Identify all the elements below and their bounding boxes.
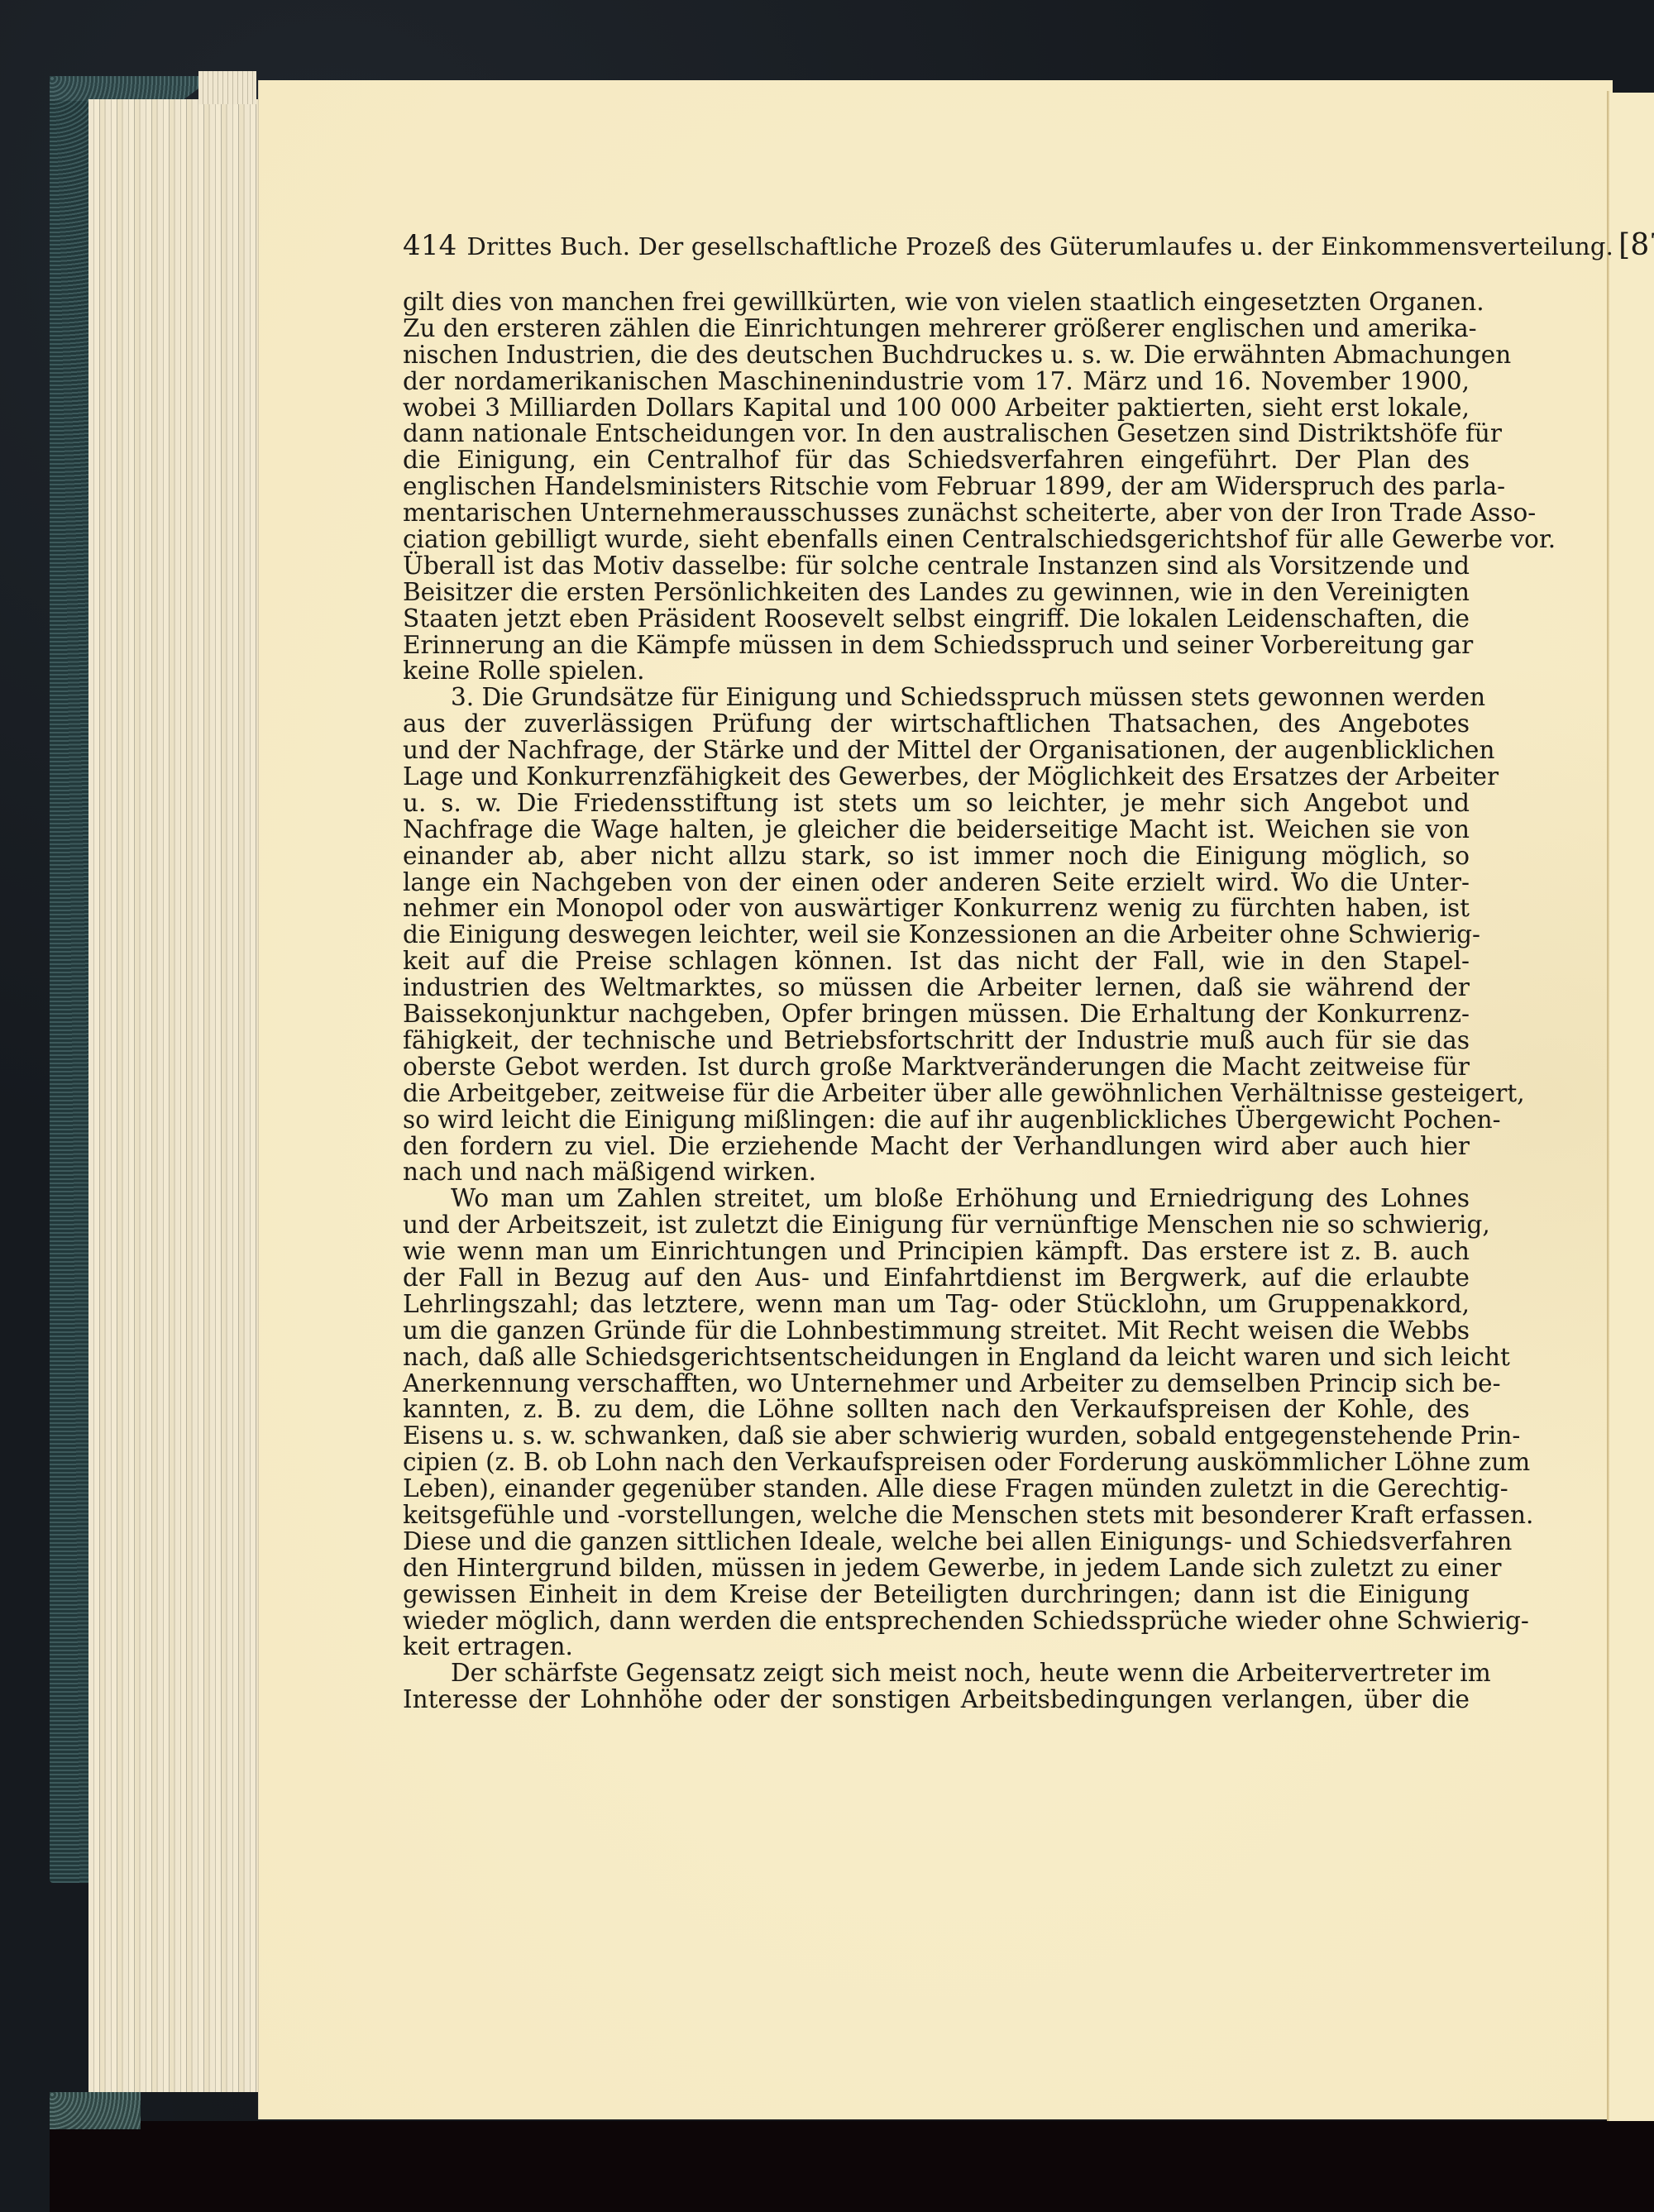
text-line: oberste Gebot werden. Ist durch große Ma… [403, 1054, 1470, 1081]
text-line: Überall ist das Motiv dasselbe: für solc… [403, 553, 1470, 580]
running-title: Drittes Buch. Der gesellschaftliche Proz… [467, 232, 1614, 260]
text-line: keitsgefühle und -vorstellungen, welche … [403, 1503, 1470, 1529]
page-number: 414 [403, 229, 457, 262]
page-edges-stack [88, 99, 258, 2092]
text-line: Wo man um Zahlen streitet, um bloße Erhö… [403, 1186, 1470, 1212]
text-line: Beisitzer die ersten Persönlichkeiten de… [403, 580, 1470, 606]
text-line: ciation gebilligt wurde, sieht ebenfalls… [403, 527, 1470, 553]
body-text: gilt dies von manchen frei gewillkürten,… [403, 289, 1470, 1713]
text-line: gewissen Einheit in dem Kreise der Betei… [403, 1582, 1470, 1608]
text-line: wobei 3 Milliarden Dollars Kapital und 1… [403, 395, 1470, 422]
text-line: Lehrlingszahl; das letztere, wenn man um… [403, 1292, 1470, 1318]
text-line: Lage und Konkurrenzfähigkeit des Gewerbe… [403, 764, 1470, 791]
page-edges-upper [198, 71, 256, 104]
text-line: Der schärfste Gegensatz zeigt sich meist… [403, 1660, 1470, 1687]
text-line: 3. Die Grundsätze für Einigung und Schie… [403, 685, 1470, 711]
text-line: Leben), einander gegenüber standen. Alle… [403, 1476, 1470, 1503]
text-line: die Einigung deswegen leichter, weil sie… [403, 922, 1470, 948]
text-line: u. s. w. Die Friedensstiftung ist stets … [403, 791, 1470, 817]
text-line: englischen Handelsministers Ritschie vom… [403, 474, 1470, 500]
text-line: Nachfrage die Wage halten, je gleicher d… [403, 817, 1470, 843]
text-line: den fordern zu viel. Die erziehende Mach… [403, 1134, 1470, 1160]
text-line: industrien des Weltmarktes, so müssen di… [403, 975, 1470, 1001]
text-line: den Hintergrund bilden, müssen in jedem … [403, 1555, 1470, 1582]
running-header: 414 Drittes Buch. Der gesellschaftliche … [403, 228, 1474, 270]
text-line: wie wenn man um Einrichtungen und Princi… [403, 1239, 1470, 1265]
text-line: die Arbeitgeber, zeitweise für die Arbei… [403, 1081, 1470, 1107]
text-line: Erinnerung an die Kämpfe müssen in dem S… [403, 633, 1470, 659]
text-line: wieder möglich, dann werden die entsprec… [403, 1608, 1470, 1635]
text-line: nach und nach mäßigend wirken. [403, 1159, 1470, 1186]
text-line: aus der zuverlässigen Prüfung der wirtsc… [403, 711, 1470, 738]
text-line: nischen Industrien, die des deutschen Bu… [403, 342, 1470, 369]
text-line: mentarischen Unternehmerausschusses zunä… [403, 500, 1470, 527]
scan-shadow [50, 2121, 1654, 2212]
text-line: der Fall in Bezug auf den Aus- und Einfa… [403, 1265, 1470, 1292]
text-line: Zu den ersteren zählen die Einrichtungen… [403, 316, 1470, 342]
text-line: Diese und die ganzen sittlichen Ideale, … [403, 1529, 1470, 1555]
text-line: Eisens u. s. w. schwanken, daß sie aber … [403, 1423, 1470, 1450]
text-line: und der Nachfrage, der Stärke und der Mi… [403, 738, 1470, 764]
text-line: einander ab, aber nicht allzu stark, so … [403, 843, 1470, 870]
text-line: Interesse der Lohnhöhe oder der sonstige… [403, 1687, 1470, 1713]
text-line: keit ertragen. [403, 1634, 1470, 1660]
text-line: keit auf die Preise schlagen können. Ist… [403, 948, 1470, 975]
text-line: Anerkennung verschafften, wo Unternehmer… [403, 1371, 1470, 1397]
text-line: nach, daß alle Schiedsgerichtsentscheidu… [403, 1345, 1470, 1371]
text-line: kannten, z. B. zu dem, die Löhne sollten… [403, 1397, 1470, 1423]
text-line: nehmer ein Monopol oder von auswärtiger … [403, 896, 1470, 922]
text-line: die Einigung, ein Centralhof für das Sch… [403, 447, 1470, 474]
text-line: Staaten jetzt eben Präsident Roosevelt s… [403, 606, 1470, 633]
text-line: lange ein Nachgeben von der einen oder a… [403, 870, 1470, 896]
text-line: gilt dies von manchen frei gewillkürten,… [403, 289, 1470, 316]
text-line: cipien (z. B. ob Lohn nach den Verkaufsp… [403, 1450, 1470, 1476]
text-line: Baissekonjunktur nachgeben, Opfer bringe… [403, 1001, 1470, 1028]
text-line: um die ganzen Gründe für die Lohnbestimm… [403, 1318, 1470, 1345]
text-line: keine Rolle spielen. [403, 658, 1470, 685]
text-line: dann nationale Entscheidungen vor. In de… [403, 421, 1470, 447]
text-line: der nordamerikanischen Maschinenindustri… [403, 369, 1470, 395]
facing-page-edge [1609, 93, 1654, 2121]
text-line: so wird leicht die Einigung mißlingen: d… [403, 1107, 1470, 1134]
text-line: fähigkeit, der technische und Betriebsfo… [403, 1028, 1470, 1054]
book-cover-corner [50, 2092, 141, 2129]
text-line: und der Arbeitszeit, ist zuletzt die Ein… [403, 1212, 1470, 1239]
original-page-number: [872 [1618, 228, 1654, 262]
